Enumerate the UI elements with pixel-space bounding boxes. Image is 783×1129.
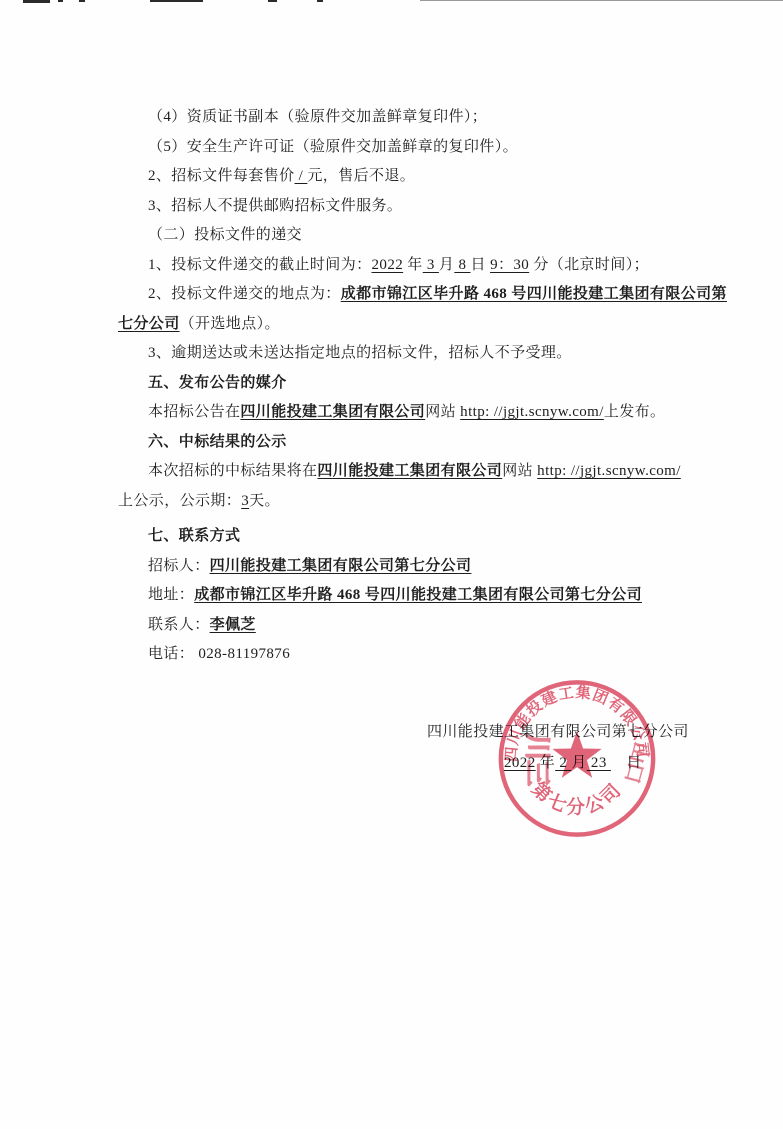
paragraph-line: 2、投标文件递交的地点为：成都市锦江区毕升路 468 号四川能投建工集团有限公司… bbox=[118, 280, 670, 310]
url-text: http: //jgjt.scnyw.com/ bbox=[537, 463, 681, 479]
text-segment: 成都市锦江区毕升路 468 号四川能投建工集团有限公司第七分公司 bbox=[194, 587, 642, 603]
text-segment: 8 bbox=[454, 257, 470, 273]
text-segment: 3 bbox=[241, 493, 249, 509]
text-segment: 电话： 028-81197876 bbox=[148, 646, 290, 662]
paragraph-line: 3、逾期送达或未送达指定地点的招标文件，招标人不予受理。 bbox=[118, 339, 670, 369]
text-segment: 成都市锦江区毕升路 468 号四川能投建工集团有限公司第 bbox=[341, 286, 727, 302]
paragraph-line: 1、投标文件递交的截止时间为：2022 年 3 月 8 日 9：30 分（北京时… bbox=[118, 251, 670, 281]
text-segment: 五、发布公告的媒介 bbox=[148, 375, 287, 391]
document-page: （4）资质证书副本（验原件交加盖鲜章复印件）；（5）安全生产许可证（验原件交加盖… bbox=[0, 0, 783, 1129]
text-segment: 七分公司 bbox=[118, 316, 180, 332]
text-segment: 李佩芝 bbox=[210, 617, 256, 633]
paragraph-line: 招标人：四川能投建工集团有限公司第七分公司 bbox=[118, 552, 670, 582]
paragraph-line: （二）投标文件的递交 bbox=[118, 221, 670, 251]
section-heading: 六、中标结果的公示 bbox=[118, 428, 670, 458]
paragraph-line: （4）资质证书副本（验原件交加盖鲜章复印件）； bbox=[118, 103, 670, 133]
section-heading: 七、联系方式 bbox=[118, 522, 670, 552]
text-segment: 地址： bbox=[148, 587, 194, 603]
text-segment: 网站 bbox=[502, 463, 537, 479]
text-segment: （开选地点）。 bbox=[180, 316, 280, 332]
text-segment: 分（北京时间）； bbox=[529, 257, 649, 273]
document-body: （4）资质证书副本（验原件交加盖鲜章复印件）；（5）安全生产许可证（验原件交加盖… bbox=[118, 103, 670, 670]
paragraph-line: 本次招标的中标结果将在四川能投建工集团有限公司网站 http: //jgjt.s… bbox=[118, 457, 670, 487]
section-heading: 五、发布公告的媒介 bbox=[118, 369, 670, 399]
company-seal: 四川能投建工集团有限公司 第七分公司 川三 山口 bbox=[496, 676, 658, 841]
text-segment: 七、联系方式 bbox=[148, 528, 240, 544]
text-segment: 联系人： bbox=[148, 617, 210, 633]
paragraph-line: 3、招标人不提供邮购招标文件服务。 bbox=[118, 192, 670, 222]
paragraph-line: 联系人：李佩芝 bbox=[118, 611, 670, 641]
text-segment: 四川能投建工集团有限公司第七分公司 bbox=[210, 558, 472, 574]
text-segment: （二）投标文件的递交 bbox=[148, 227, 302, 243]
text-segment: 2、投标文件递交的地点为： bbox=[148, 286, 341, 302]
text-segment: 本招标公告在 bbox=[148, 404, 240, 420]
text-segment: 1、投标文件递交的截止时间为： bbox=[148, 257, 372, 273]
svg-text:川三: 川三 bbox=[522, 734, 551, 786]
text-segment: 日 bbox=[471, 257, 491, 273]
text-segment: 3、招标人不提供邮购招标文件服务。 bbox=[148, 198, 402, 214]
text-segment: 上发布。 bbox=[604, 404, 666, 420]
text-segment: 本次招标的中标结果将在 bbox=[148, 463, 317, 479]
scan-artifact-top-edge bbox=[0, 0, 783, 4]
text-segment: 六、中标结果的公示 bbox=[148, 434, 287, 450]
text-segment: 四川能投建工集团有限公司 bbox=[317, 463, 502, 479]
text-segment: 3、逾期送达或未送达指定地点的招标文件，招标人不予受理。 bbox=[148, 345, 572, 361]
paragraph-line: 七分公司（开选地点）。 bbox=[118, 310, 670, 340]
text-segment: （4）资质证书副本（验原件交加盖鲜章复印件）； bbox=[148, 109, 487, 125]
text-segment: 2、招标文件每套售价 bbox=[148, 168, 295, 184]
star-icon bbox=[552, 731, 601, 778]
paragraph-line: 2、招标文件每套售价 / 元，售后不退。 bbox=[118, 162, 670, 192]
text-segment: 3 bbox=[423, 257, 439, 273]
text-segment: 招标人： bbox=[148, 558, 210, 574]
text-segment: （5）安全生产许可证（验原件交加盖鲜章的复印件）。 bbox=[148, 139, 518, 155]
text-segment: 网站 bbox=[425, 404, 460, 420]
paragraph-line: （5）安全生产许可证（验原件交加盖鲜章的复印件）。 bbox=[118, 133, 670, 163]
url-text: http: //jgjt.scnyw.com/ bbox=[460, 404, 604, 420]
text-segment: 上公示，公示期： bbox=[118, 493, 241, 509]
text-segment: 天。 bbox=[249, 493, 280, 509]
text-segment: 9：30 bbox=[490, 257, 529, 273]
text-segment: 年 bbox=[403, 257, 423, 273]
text-segment: 2022 bbox=[372, 257, 404, 273]
seal-inner-glyphs: 川三 山口 bbox=[522, 734, 653, 786]
text-segment: / bbox=[295, 168, 308, 184]
text-segment: 四川能投建工集团有限公司 bbox=[240, 404, 425, 420]
paragraph-line: 上公示，公示期：3天。 bbox=[118, 487, 670, 517]
paragraph-line: 地址：成都市锦江区毕升路 468 号四川能投建工集团有限公司第七分公司 bbox=[118, 581, 670, 611]
text-segment: 月 bbox=[439, 257, 454, 273]
text-segment: 元，售后不退。 bbox=[307, 168, 415, 184]
paragraph-line: 电话： 028-81197876 bbox=[118, 640, 670, 670]
paragraph-line: 本招标公告在四川能投建工集团有限公司网站 http: //jgjt.scnyw.… bbox=[118, 398, 670, 428]
